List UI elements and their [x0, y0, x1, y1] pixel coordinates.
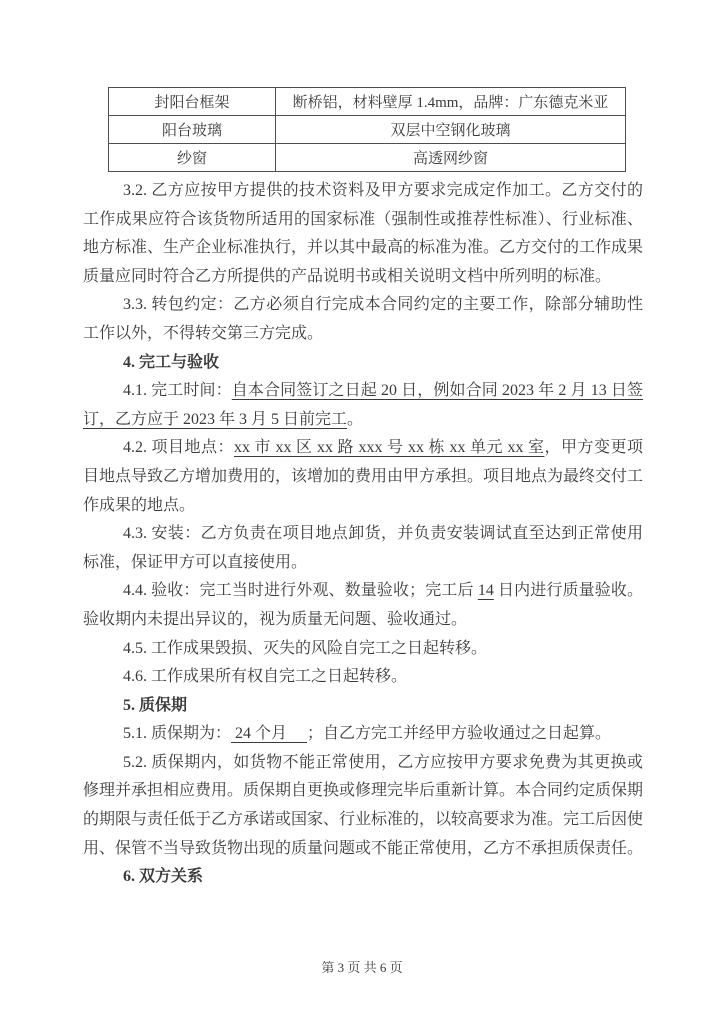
clause-4-2-prefix: 4.2. 项目地点：	[123, 439, 234, 456]
clause-5-1-filled-blank: 24 个月	[231, 725, 307, 742]
clause-4-2-filled-blank: xx 市 xx 区 xx 路 xxx 号 xx 栋 xx 单元 xx 室	[234, 439, 544, 456]
clause-5-1-rest: ；自乙方完工并经甲方验收通过之日起算。	[307, 725, 611, 742]
spec-item-label: 封阳台框架	[109, 88, 276, 116]
clause-3-3: 3.3. 转包约定：乙方必须自行完成本合同约定的主要工作，除部分辅助性工作以外，…	[83, 291, 643, 348]
clause-5-1-prefix: 5.1. 质保期为：	[123, 725, 231, 742]
spec-item-label: 纱窗	[109, 144, 276, 172]
contract-body: 3.2. 乙方应按甲方提供的技术资料及甲方要求完成定作加工。乙方交付的工作成果应…	[83, 177, 643, 892]
clause-4-4-filled-blank: 14	[478, 582, 494, 599]
page-number-footer: 第 3 页 共 6 页	[0, 957, 724, 976]
clause-5-1: 5.1. 质保期为： 24 个月 ；自乙方完工并经甲方验收通过之日起算。	[83, 720, 643, 749]
clause-4-1: 4.1. 完工时间：自本合同签订之日起 20 日，例如合同 2023 年 2 月…	[83, 377, 643, 434]
clause-4-3: 4.3. 安装：乙方负责在项目地点卸货，并负责安装调试直至达到正常使用标准，保证…	[83, 520, 643, 577]
clause-5-2: 5.2. 质保期内，如货物不能正常使用，乙方应按甲方要求免费为其更换或修理并承担…	[83, 749, 643, 863]
clause-4-6: 4.6. 工作成果所有权自完工之日起转移。	[83, 663, 643, 692]
contract-document-page: 封阳台框架 断桥铝，材料壁厚 1.4mm，品牌：广东德克米亚 阳台玻璃 双层中空…	[0, 0, 724, 1024]
spec-item-value: 高透网纱窗	[276, 144, 626, 172]
section-5-heading: 5. 质保期	[83, 692, 643, 721]
clause-3-2: 3.2. 乙方应按甲方提供的技术资料及甲方要求完成定作加工。乙方交付的工作成果应…	[83, 177, 643, 291]
section-4-heading: 4. 完工与验收	[83, 349, 643, 378]
clause-4-4: 4.4. 验收：完工当时进行外观、数量验收；完工后 14 日内进行质量验收。验收…	[83, 577, 643, 634]
clause-4-5: 4.5. 工作成果毁损、灭失的风险自完工之日起转移。	[83, 635, 643, 664]
spec-table-row: 阳台玻璃 双层中空钢化玻璃	[109, 116, 626, 144]
section-6-heading: 6. 双方关系	[83, 863, 643, 892]
clause-4-1-rest: 。	[347, 411, 363, 428]
clause-4-4-prefix: 4.4. 验收：完工当时进行外观、数量验收；完工后	[123, 582, 478, 599]
spec-table: 封阳台框架 断桥铝，材料壁厚 1.4mm，品牌：广东德克米亚 阳台玻璃 双层中空…	[108, 87, 626, 172]
spec-item-value: 断桥铝，材料壁厚 1.4mm，品牌：广东德克米亚	[276, 88, 626, 116]
clause-4-1-prefix: 4.1. 完工时间：	[123, 382, 232, 399]
spec-item-value: 双层中空钢化玻璃	[276, 116, 626, 144]
spec-table-row: 纱窗 高透网纱窗	[109, 144, 626, 172]
spec-item-label: 阳台玻璃	[109, 116, 276, 144]
clause-4-2: 4.2. 项目地点：xx 市 xx 区 xx 路 xxx 号 xx 栋 xx 单…	[83, 434, 643, 520]
spec-table-row: 封阳台框架 断桥铝，材料壁厚 1.4mm，品牌：广东德克米亚	[109, 88, 626, 116]
